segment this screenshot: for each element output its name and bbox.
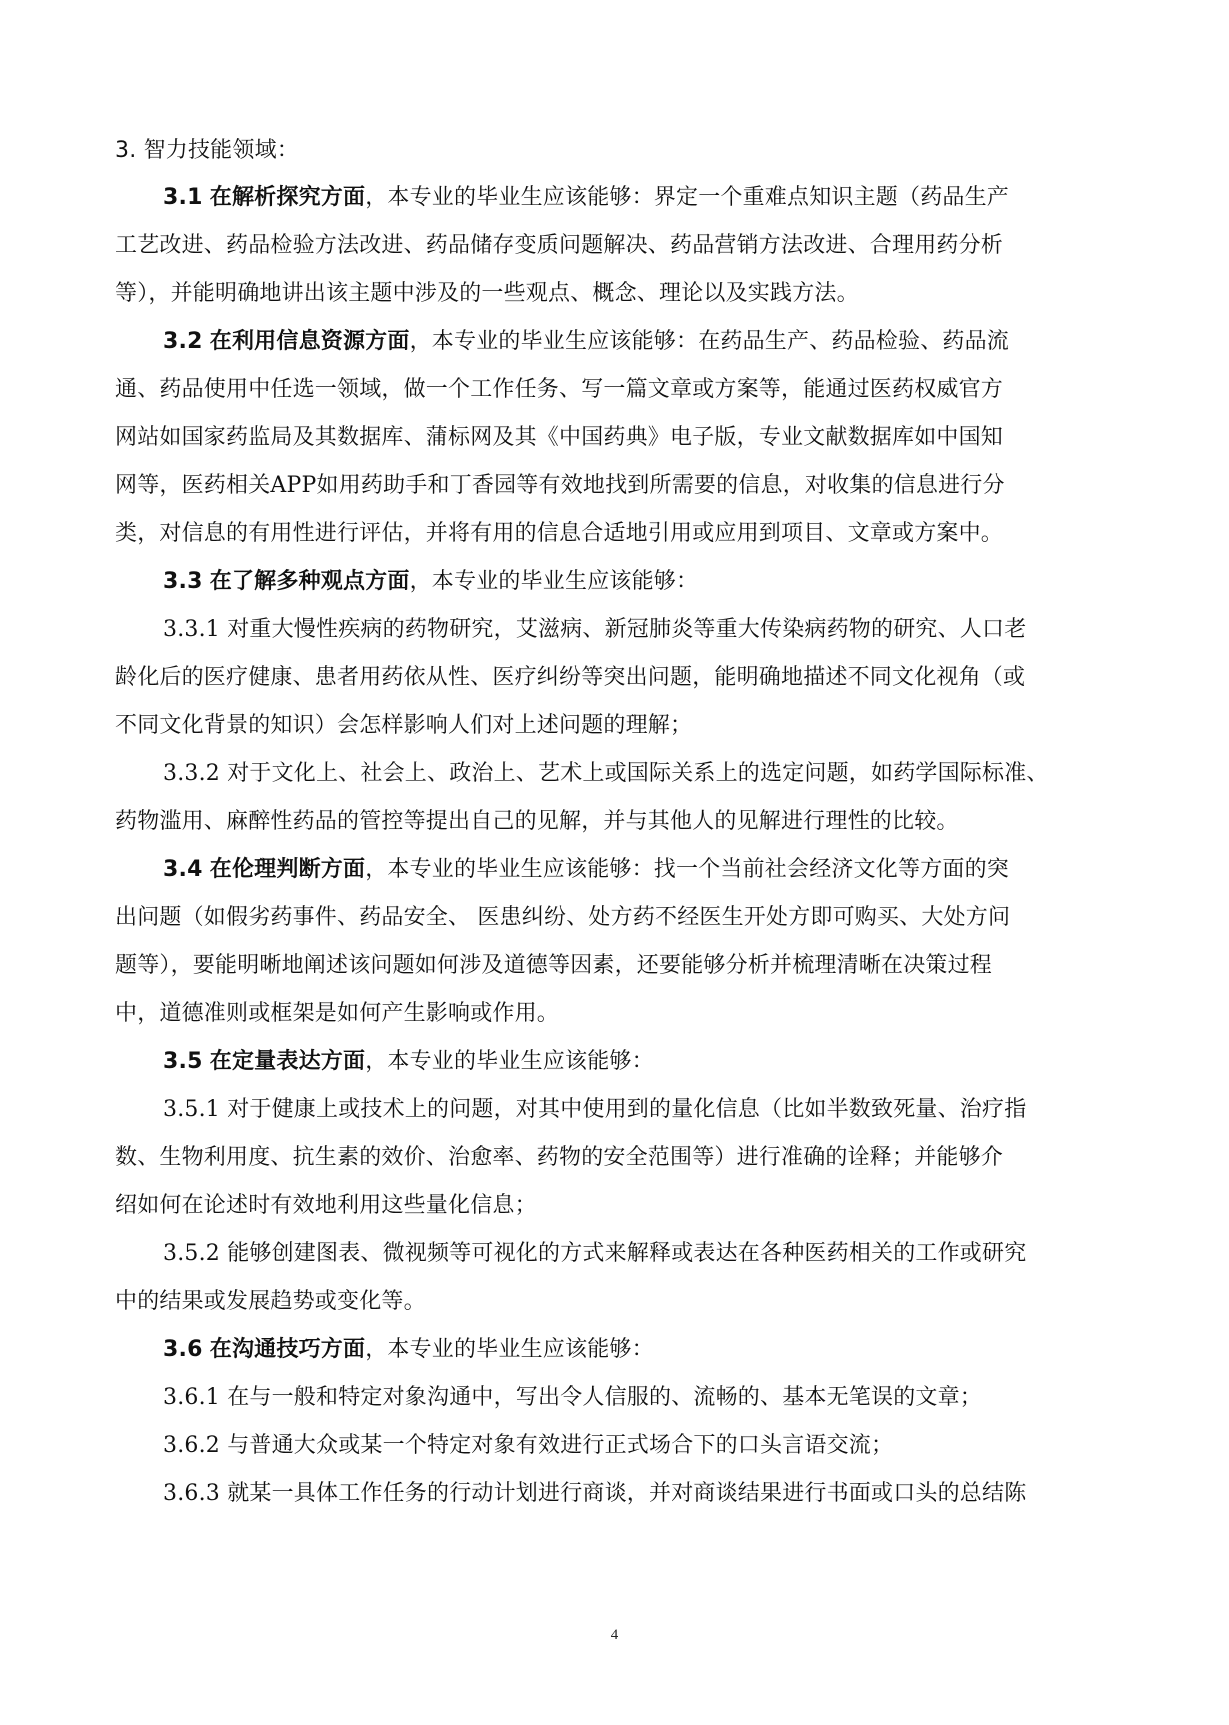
item-number: 3.4 — [163, 857, 203, 882]
item-title: 在了解多种观点方面 — [210, 569, 410, 594]
item-3-5-1-line-3: 绍如何在论述时有效地利用这些量化信息； — [115, 1191, 537, 1221]
page-number: 4 — [0, 1627, 1229, 1644]
item-title: 在沟通技巧方面 — [210, 1337, 365, 1362]
item-3-4-line-2: 出问题（如假劣药事件、药品安全、 医患纠纷、处方药不经医生开处方即可购买、大处方… — [115, 903, 1010, 933]
item-3-3-1-line-1: 3.3.1 对重大慢性疾病的药物研究，艾滋病、新冠肺炎等重大传染病药物的研究、人… — [163, 615, 1026, 645]
item-text: ，本专业的毕业生应该能够：找一个当前社会经济文化等方面的突 — [365, 857, 1009, 882]
item-title: 在定量表达方面 — [210, 1049, 365, 1074]
item-number: 3.6.3 — [163, 1481, 220, 1506]
item-number: 3.6.2 — [163, 1433, 220, 1458]
item-3-6-line-1: 3.6 在沟通技巧方面，本专业的毕业生应该能够： — [163, 1335, 654, 1365]
item-number: 3.6 — [163, 1337, 203, 1362]
item-3-3-1-line-2: 龄化后的医疗健康、患者用药依从性、医疗纠纷等突出问题，能明确地描述不同文化视角（… — [115, 663, 1025, 693]
item-number: 3.1 — [163, 185, 203, 210]
section-heading: 3. 智力技能领域： — [115, 136, 299, 166]
item-text: 对重大慢性疾病的药物研究，艾滋病、新冠肺炎等重大传染病药物的研究、人口老 — [227, 617, 1026, 642]
item-text: 对于文化上、社会上、政治上、艺术上或国际关系上的选定问题，如药学国际标准、 — [227, 761, 1048, 786]
item-3-2-line-2: 通、药品使用中任选一领域，做一个工作任务、写一篇文章或方案等，能通过医药权威官方 — [115, 375, 1003, 405]
item-3-6-2-line-1: 3.6.2 与普通大众或某一个特定对象有效进行正式场合下的口头言语交流； — [163, 1431, 893, 1461]
item-3-2-line-5: 类，对信息的有用性进行评估，并将有用的信息合适地引用或应用到项目、文章或方案中。 — [115, 519, 1003, 549]
item-3-3-line-1: 3.3 在了解多种观点方面，本专业的毕业生应该能够： — [163, 567, 698, 597]
item-3-4-line-1: 3.4 在伦理判断方面，本专业的毕业生应该能够：找一个当前社会经济文化等方面的突 — [163, 855, 1009, 885]
item-text: ，本专业的毕业生应该能够： — [410, 569, 699, 594]
item-3-6-3-line-1: 3.6.3 就某一具体工作任务的行动计划进行商谈，并对商谈结果进行书面或口头的总… — [163, 1479, 1026, 1509]
item-number: 3.6.1 — [163, 1385, 220, 1410]
item-3-5-1-line-1: 3.5.1 对于健康上或技术上的问题，对其中使用到的量化信息（比如半数致死量、治… — [163, 1095, 1026, 1125]
item-number: 3.5.1 — [163, 1097, 220, 1122]
item-number: 3.5 — [163, 1049, 203, 1074]
section-heading-text: 3. 智力技能领域： — [115, 138, 299, 163]
item-title: 在伦理判断方面 — [210, 857, 365, 882]
item-3-5-1-line-2: 数、生物利用度、抗生素的效价、治愈率、药物的安全范围等）进行准确的诠释；并能够介 — [115, 1143, 1003, 1173]
item-3-1-line-3: 等），并能明确地讲出该主题中涉及的一些观点、概念、理论以及实践方法。 — [115, 279, 859, 309]
item-text: ，本专业的毕业生应该能够：在药品生产、药品检验、药品流 — [410, 329, 1009, 354]
item-number: 3.3 — [163, 569, 203, 594]
item-text: 在与一般和特定对象沟通中，写出令人信服的、流畅的、基本无笔误的文章； — [227, 1385, 982, 1410]
item-3-3-1-line-3: 不同文化背景的知识）会怎样影响人们对上述问题的理解； — [115, 711, 692, 741]
item-title: 在解析探究方面 — [210, 185, 365, 210]
item-number: 3.3.1 — [163, 617, 220, 642]
item-title: 在利用信息资源方面 — [210, 329, 410, 354]
item-text: 能够创建图表、微视频等可视化的方式来解释或表达在各种医药相关的工作或研究 — [227, 1241, 1026, 1266]
item-3-1-line-2: 工艺改进、药品检验方法改进、药品储存变质问题解决、药品营销方法改进、合理用药分析 — [115, 231, 1003, 261]
item-3-2-line-4: 网等，医药相关APP如用药助手和丁香园等有效地找到所需要的信息，对收集的信息进行… — [115, 471, 1005, 501]
item-3-2-line-3: 网站如国家药监局及其数据库、蒲标网及其《中国药典》电子版，专业文献数据库如中国知 — [115, 423, 1003, 453]
item-text: ，本专业的毕业生应该能够：界定一个重难点知识主题（药品生产 — [365, 185, 1009, 210]
item-text: 与普通大众或某一个特定对象有效进行正式场合下的口头言语交流； — [227, 1433, 893, 1458]
item-number: 3.3.2 — [163, 761, 220, 786]
item-number: 3.2 — [163, 329, 203, 354]
item-3-5-2-line-1: 3.5.2 能够创建图表、微视频等可视化的方式来解释或表达在各种医药相关的工作或… — [163, 1239, 1026, 1269]
item-3-6-1-line-1: 3.6.1 在与一般和特定对象沟通中，写出令人信服的、流畅的、基本无笔误的文章； — [163, 1383, 982, 1413]
item-text: ，本专业的毕业生应该能够： — [365, 1049, 654, 1074]
item-3-5-2-line-2: 中的结果或发展趋势或变化等。 — [115, 1287, 426, 1317]
item-3-5-line-1: 3.5 在定量表达方面，本专业的毕业生应该能够： — [163, 1047, 654, 1077]
item-3-4-line-4: 中，道德准则或框架是如何产生影响或作用。 — [115, 999, 559, 1029]
item-text: 对于健康上或技术上的问题，对其中使用到的量化信息（比如半数致死量、治疗指 — [227, 1097, 1026, 1122]
item-3-1-line-1: 3.1 在解析探究方面，本专业的毕业生应该能够：界定一个重难点知识主题（药品生产 — [163, 183, 1009, 213]
item-3-4-line-3: 题等），要能明晰地阐述该问题如何涉及道德等因素，还要能够分析并梳理清晰在决策过程 — [115, 951, 992, 981]
item-text: 就某一具体工作任务的行动计划进行商谈，并对商谈结果进行书面或口头的总结陈 — [227, 1481, 1026, 1506]
item-3-2-line-1: 3.2 在利用信息资源方面，本专业的毕业生应该能够：在药品生产、药品检验、药品流 — [163, 327, 1009, 357]
item-text: ，本专业的毕业生应该能够： — [365, 1337, 654, 1362]
item-number: 3.5.2 — [163, 1241, 220, 1266]
item-3-3-2-line-1: 3.3.2 对于文化上、社会上、政治上、艺术上或国际关系上的选定问题，如药学国际… — [163, 759, 1049, 789]
item-3-3-2-line-2: 药物滥用、麻醉性药品的管控等提出自己的见解，并与其他人的见解进行理性的比较。 — [115, 807, 959, 837]
